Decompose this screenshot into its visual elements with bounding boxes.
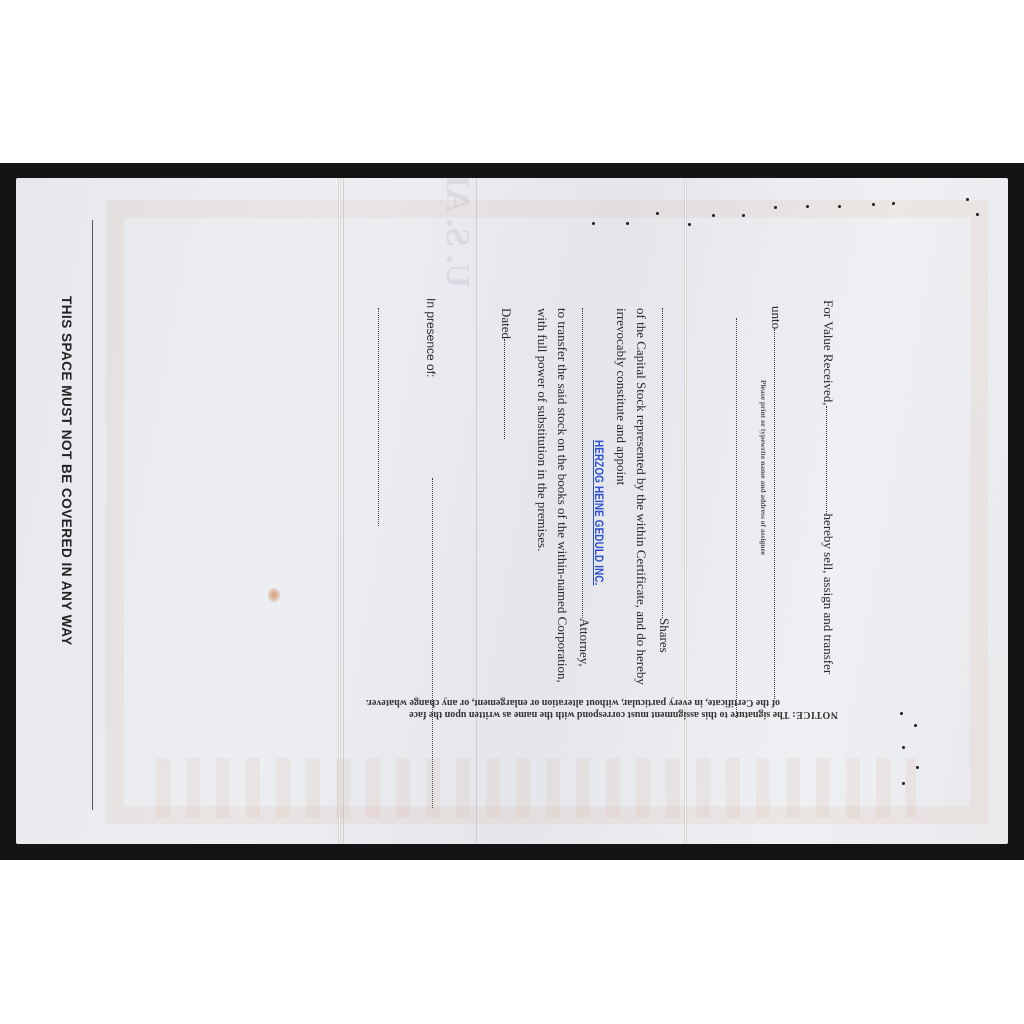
for-value-received-label: For Value Received, — [821, 300, 836, 406]
unto-label: unto — [769, 306, 784, 329]
show-through-company-name: U. S. AIRLINES, INC. — [438, 178, 476, 288]
signature-field[interactable] — [432, 478, 433, 808]
broker-stamp: HERZOG HEINE GEDULD INC. — [592, 440, 606, 586]
certificate-back: U. S. AIRLINES, INC. THIS SPACE MUST NOT… — [16, 178, 1008, 844]
attorney-label: Attorney, — [577, 618, 592, 667]
date-field[interactable] — [504, 339, 505, 439]
dated-label: Dated — [499, 308, 514, 339]
assignee-address-field[interactable] — [736, 318, 737, 718]
assignment-line-1: For Value Received,hereby sell, assign a… — [820, 300, 836, 674]
capital-stock-line: of the Capital Stock represented by the … — [633, 308, 649, 685]
crease-line — [476, 178, 477, 844]
witness-signature-field[interactable] — [378, 308, 379, 526]
assignee-hint: Please print or typewrite name and addre… — [759, 380, 768, 555]
notice-label: NOTICE: — [792, 709, 838, 720]
notice-text-1: The signature to this assignment must co… — [409, 709, 789, 720]
notice-line-1: NOTICE: The signature to this assignment… — [366, 708, 838, 720]
notice-text-2: of the Certificate, in every particular,… — [366, 697, 780, 708]
shares-label: Shares — [657, 618, 672, 653]
shares-line: Shares — [656, 308, 672, 653]
fold-line — [338, 178, 341, 844]
crease-line — [343, 178, 344, 844]
assignor-field[interactable] — [826, 406, 827, 514]
dated-line: Dated — [498, 308, 514, 439]
assignee-field[interactable] — [774, 329, 775, 699]
unto-line: unto — [768, 306, 784, 699]
substitution-line: with full power of substitution in the p… — [534, 308, 550, 551]
appoint-line: irrevocably constitute and appoint — [613, 308, 629, 485]
shares-quantity-field[interactable] — [662, 308, 663, 618]
transfer-line: to transfer the said stock on the books … — [554, 308, 570, 683]
warning-strip-text: THIS SPACE MUST NOT BE COVERED IN ANY WA… — [59, 296, 74, 646]
notice-line-2: of the Certificate, in every particular,… — [366, 696, 838, 708]
attorney-field[interactable] — [582, 308, 583, 618]
attorney-line: Attorney, — [576, 308, 592, 667]
warning-strip-border — [92, 220, 93, 810]
fold-line — [684, 178, 687, 844]
stain — [268, 588, 280, 602]
witness-label: In presence of: — [424, 298, 438, 377]
notice-block: NOTICE: The signature to this assignment… — [366, 696, 838, 720]
hereby-transfer-label: hereby sell, assign and transfer — [821, 514, 836, 675]
